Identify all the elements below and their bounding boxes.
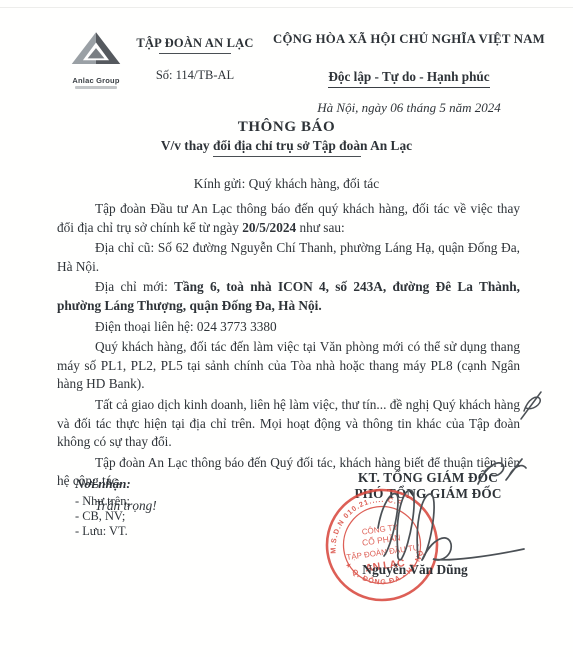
national-header: CỘNG HÒA XÃ HỘI CHỦ NGHĨA VIỆT NAM Độc l… bbox=[258, 32, 560, 116]
paragraph-new-address: Địa chỉ mới: Tầng 6, toà nhà ICON 4, số … bbox=[57, 278, 520, 315]
announcement-tail: như sau: bbox=[296, 220, 345, 235]
paragraph-old-address: Địa chỉ cũ: Số 62 đường Nguyễn Chí Thanh… bbox=[57, 239, 520, 276]
paragraph-business: Tất cả giao dịch kinh doanh, liên hệ làm… bbox=[57, 396, 520, 452]
handwritten-initial-mark bbox=[515, 389, 547, 423]
anlac-triangle-logo-icon bbox=[68, 30, 124, 70]
company-logo: Anlac Group bbox=[66, 30, 126, 89]
paragraph-elevator: Quý khách hàng, đối tác đến làm việc tại… bbox=[57, 338, 520, 394]
handwritten-signature bbox=[356, 456, 541, 574]
logo-tagline bbox=[75, 86, 117, 89]
document-number: Số: 114/TB-AL bbox=[126, 68, 264, 83]
date-line: Hà Nội, ngày 06 tháng 5 năm 2024 bbox=[258, 100, 560, 116]
recipients-block: Nơi nhận: - Như trên; - CB, NV; - Lưu: V… bbox=[75, 476, 131, 539]
org-block: TẬP ĐOÀN AN LẠC Số: 114/TB-AL bbox=[126, 36, 264, 83]
national-motto: Độc lập - Tự do - Hạnh phúc bbox=[328, 69, 489, 88]
subject-rule bbox=[213, 156, 361, 157]
salutation: Kính gửi: Quý khách hàng, đối tác bbox=[0, 176, 573, 192]
recipient-item: - Như trên; bbox=[75, 494, 131, 509]
document-page: Anlac Group TẬP ĐOÀN AN LẠC Số: 114/TB-A… bbox=[0, 0, 573, 657]
title-block: THÔNG BÁO V/v thay đổi địa chỉ trụ sở Tậ… bbox=[0, 119, 573, 157]
paragraph-announcement: Tập đoàn Đầu tư An Lạc thông báo đến quý… bbox=[57, 200, 520, 237]
effective-date: 20/5/2024 bbox=[242, 220, 296, 235]
recipient-item: - Lưu: VT. bbox=[75, 524, 131, 539]
paragraph-phone: Điện thoại liên hệ: 024 3773 3380 bbox=[57, 318, 520, 337]
logo-brand-text: Anlac Group bbox=[66, 76, 126, 85]
new-address-label: Địa chỉ mới: bbox=[95, 279, 174, 294]
page-top-divider bbox=[0, 7, 573, 8]
document-subject: V/v thay đổi địa chỉ trụ sở Tập đoàn An … bbox=[0, 138, 573, 154]
signer-name: Nguyễn Văn Dũng bbox=[330, 562, 500, 578]
org-name-rule bbox=[159, 53, 231, 54]
org-name: TẬP ĐOÀN AN LẠC bbox=[126, 36, 264, 51]
national-title: CỘNG HÒA XÃ HỘI CHỦ NGHĨA VIỆT NAM bbox=[258, 32, 560, 47]
recipient-item: - CB, NV; bbox=[75, 509, 131, 524]
document-title: THÔNG BÁO bbox=[0, 119, 573, 136]
recipients-label: Nơi nhận: bbox=[75, 476, 131, 491]
